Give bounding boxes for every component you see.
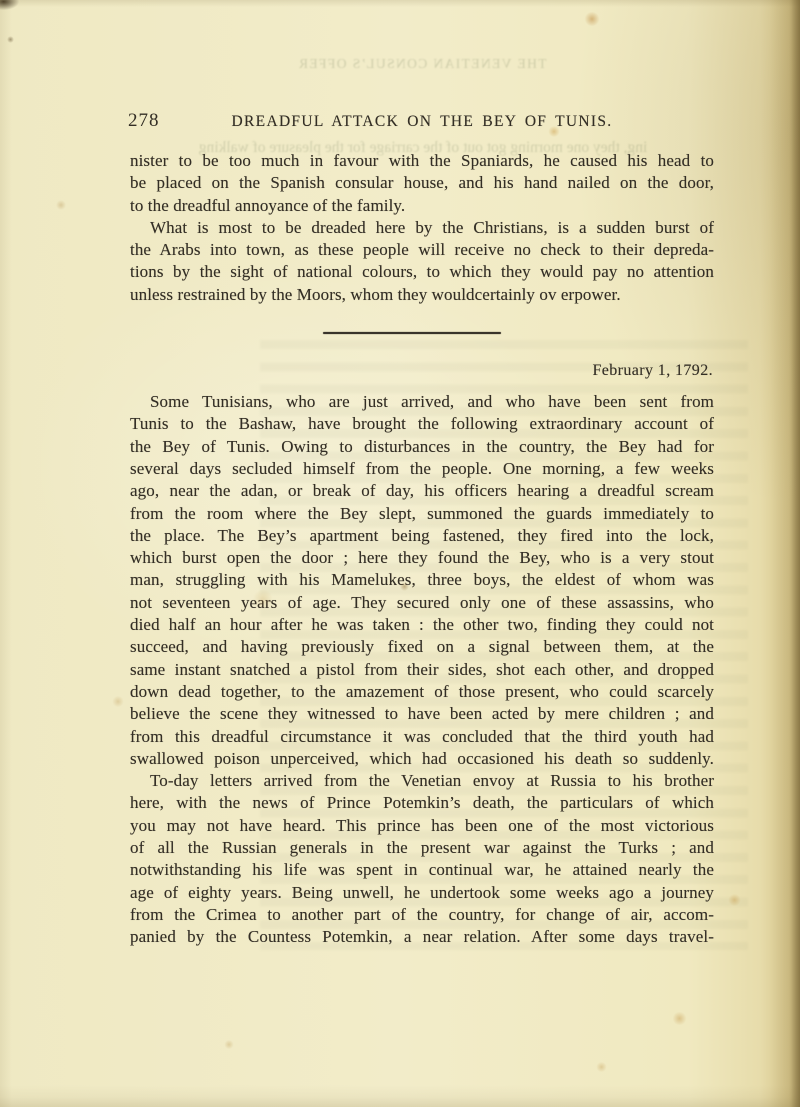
text-line: to the dreadful annoyance of the family.: [130, 195, 714, 217]
running-header: 278 DREADFUL ATTACK ON THE BEY OF TUNIS.: [130, 110, 714, 136]
text-line: believe the scene they witnessed to have…: [130, 703, 714, 725]
page-text: nister to be too much in favour with the…: [130, 150, 714, 949]
text-line: the place. The Bey’s apartment being fas…: [130, 525, 714, 547]
text-line: from this dreadful circumstance it was c…: [130, 726, 714, 748]
text-line: man, struggling with his Mamelukes, thre…: [130, 569, 714, 591]
text-line: here, with the news of Prince Potemkin’s…: [130, 792, 714, 814]
text-line: succeed, and having previously fixed on …: [130, 636, 714, 658]
text-line: unless restrained by the Moors, whom the…: [130, 284, 714, 306]
page-number: 278: [128, 110, 160, 132]
ink-speck: [7, 36, 14, 43]
text-line: of all the Russian generals in the prese…: [130, 837, 714, 859]
text-line: you may not have heard. This prince has …: [130, 815, 714, 837]
text-line: which burst open the door ; here they fo…: [130, 547, 714, 569]
text-line: died half an hour after he was taken : t…: [130, 614, 714, 636]
text-line: panied by the Countess Potemkin, a near …: [130, 926, 714, 948]
text-line: Tunis to the Bashaw, have brought the fo…: [130, 413, 714, 435]
corner-stain: [0, 0, 19, 10]
text-line: be placed on the Spanish consular house,…: [130, 172, 714, 194]
text-line: What is most to be dreaded here by the C…: [130, 217, 714, 239]
paragraph: To-day letters arrived from the Venetian…: [130, 770, 714, 948]
text-line: tions by the sight of national colours, …: [130, 261, 714, 283]
text-line: from the room where the Bey slept, summo…: [130, 503, 714, 525]
text-line: ago, near the adan, or break of day, his…: [130, 480, 714, 502]
text-line: same instant snatched a pistol from thei…: [130, 659, 714, 681]
text-line: nister to be too much in favour with the…: [130, 150, 714, 172]
text-line: To-day letters arrived from the Venetian…: [130, 770, 714, 792]
text-line: swallowed poison unperceived, which had …: [130, 748, 714, 770]
running-title: DREADFUL ATTACK ON THE BEY OF TUNIS.: [130, 110, 714, 131]
section-divider: [323, 332, 501, 334]
paragraph: Some Tunisians, who are just arrived, an…: [130, 391, 714, 770]
text-line: from the Crimea to another part of the c…: [130, 904, 714, 926]
text-line: the Bey of Tunis. Owing to disturbances …: [130, 436, 714, 458]
text-line: age of eighty years. Being unwell, he un…: [130, 882, 714, 904]
text-line: several days secluded himself from the p…: [130, 458, 714, 480]
foxing-spot: [224, 1040, 234, 1049]
book-page: THE VENETIAN CONSUL’S OFFER ing, they on…: [0, 0, 800, 1107]
entry-section: Some Tunisians, who are just arrived, an…: [130, 391, 714, 948]
entry-date: February 1, 1792.: [130, 360, 714, 382]
text-line: down dead together, to the amazement of …: [130, 681, 714, 703]
foxing-spot: [584, 12, 600, 26]
text-line: Some Tunisians, who are just arrived, an…: [130, 391, 714, 413]
text-line: notwithstanding his life was spent in co…: [130, 859, 714, 881]
continued-section: nister to be too much in favour with the…: [130, 150, 714, 306]
paragraph: What is most to be dreaded here by the C…: [130, 217, 714, 306]
bleedthrough-line: THE VENETIAN CONSUL’S OFFER: [130, 56, 714, 72]
text-line: the Arabs into town, as these people wil…: [130, 239, 714, 261]
text-line: not seventeen years of age. They secured…: [130, 592, 714, 614]
foxing-spot: [596, 1062, 607, 1072]
foxing-spot: [728, 894, 741, 906]
foxing-spot: [56, 200, 66, 210]
foxing-spot: [672, 1012, 687, 1025]
paragraph: nister to be too much in favour with the…: [130, 150, 714, 217]
foxing-spot: [112, 696, 124, 707]
